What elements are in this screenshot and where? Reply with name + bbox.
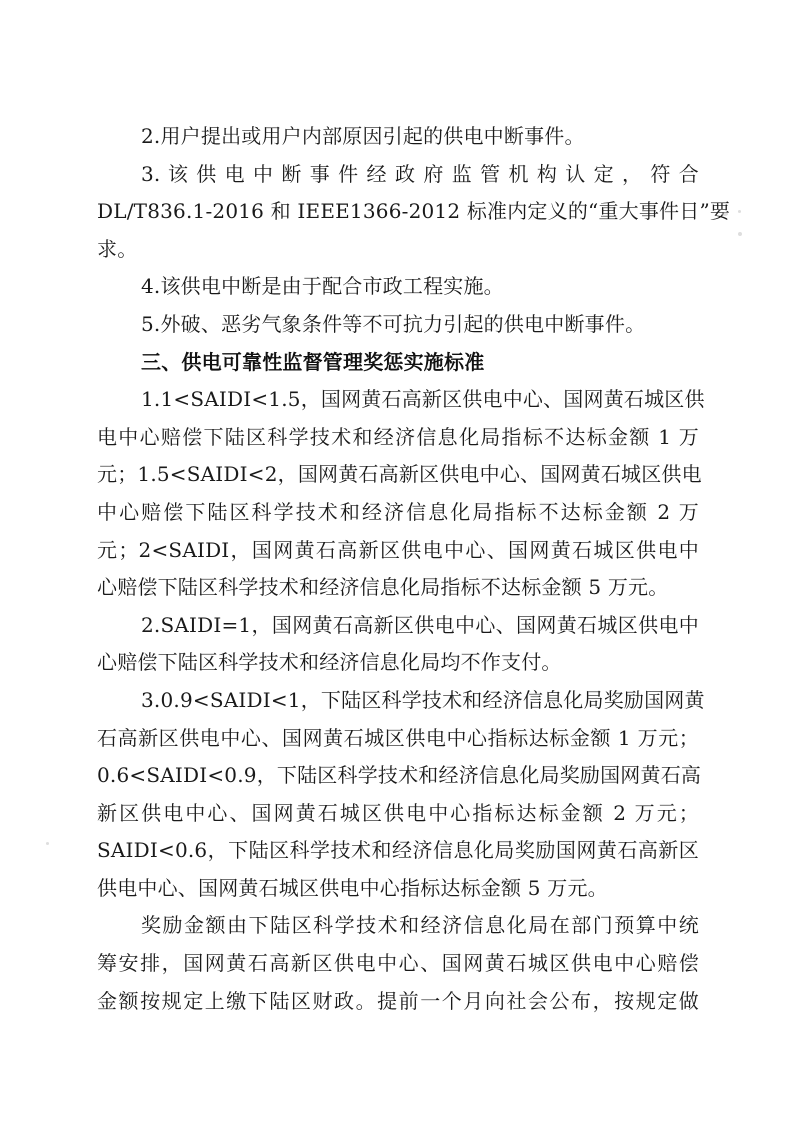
rule-3-line5: SAIDI<0.6，下陆区科学技术和经济信息化局奖励国网黄石高新区 <box>97 832 699 870</box>
rule-1-line6: 心赔偿下陆区科学技术和经济信息化局指标不达标金额 5 万元。 <box>97 569 699 607</box>
rule-1-line5: 元；2<SAIDI，国网黄石高新区供电中心、国网黄石城区供电中 <box>97 532 699 570</box>
scan-speck <box>722 212 728 216</box>
funding-paragraph-line3: 金额按规定上缴下陆区财政。提前一个月向社会公布，按规定做 <box>97 983 699 1021</box>
rule-1-line2: 电中心赔偿下陆区科学技术和经济信息化局指标不达标金额 1 万 <box>97 419 699 457</box>
rule-3-line2: 石高新区供电中心、国网黄石城区供电中心指标达标金额 1 万元； <box>97 720 699 758</box>
funding-paragraph-line2: 筹安排，国网黄石高新区供电中心、国网黄石城区供电中心赔偿 <box>97 945 699 983</box>
document-body: 2.用户提出或用户内部原因引起的供电中断事件。 3. 该 供 电 中 断 事 件… <box>97 118 699 1020</box>
clause-3-major-event-line2: DL/T836.1-2016 和 IEEE1366-2012 标准内定义的“重大… <box>97 193 699 231</box>
rule-1-line4: 中心赔偿下陆区科学技术和经济信息化局指标不达标金额 2 万 <box>97 494 699 532</box>
clause-3-major-event-line3: 求。 <box>97 231 699 269</box>
clause-5-force-majeure: 5.外破、恶劣气象条件等不可抗力引起的供电中断事件。 <box>97 306 699 344</box>
rule-3-line1: 3.0.9<SAIDI<1，下陆区科学技术和经济信息化局奖励国网黄 <box>97 682 699 720</box>
rule-2-line1: 2.SAIDI=1，国网黄石高新区供电中心、国网黄石城区供电中 <box>97 607 699 645</box>
scan-speck <box>738 210 741 213</box>
rule-1-line1: 1.1<SAIDI<1.5，国网黄石高新区供电中心、国网黄石城区供 <box>97 381 699 419</box>
scan-speck <box>46 842 49 845</box>
rule-3-line6: 供电中心、国网黄石城区供电中心指标达标金额 5 万元。 <box>97 870 699 908</box>
section-heading-3: 三、供电可靠性监督管理奖惩实施标准 <box>97 344 699 382</box>
rule-3-line3: 0.6<SAIDI<0.9，下陆区科学技术和经济信息化局奖励国网黄石高 <box>97 757 699 795</box>
document-page: 2.用户提出或用户内部原因引起的供电中断事件。 3. 该 供 电 中 断 事 件… <box>0 0 793 1121</box>
rule-3-line4: 新区供电中心、国网黄石城区供电中心指标达标金额 2 万元； <box>97 795 699 833</box>
clause-3-major-event-line1: 3. 该 供 电 中 断 事 件 经 政 府 监 管 机 构 认 定 ， 符 合 <box>97 156 699 194</box>
funding-paragraph-line1: 奖励金额由下陆区科学技术和经济信息化局在部门预算中统 <box>97 907 699 945</box>
clause-2-user-caused: 2.用户提出或用户内部原因引起的供电中断事件。 <box>97 118 699 156</box>
clause-4-municipal-works: 4.该供电中断是由于配合市政工程实施。 <box>97 268 699 306</box>
scan-speck <box>738 232 742 236</box>
rule-2-line2: 心赔偿下陆区科学技术和经济信息化局均不作支付。 <box>97 644 699 682</box>
rule-1-line3: 元；1.5<SAIDI<2，国网黄石高新区供电中心、国网黄石城区供电 <box>97 456 699 494</box>
